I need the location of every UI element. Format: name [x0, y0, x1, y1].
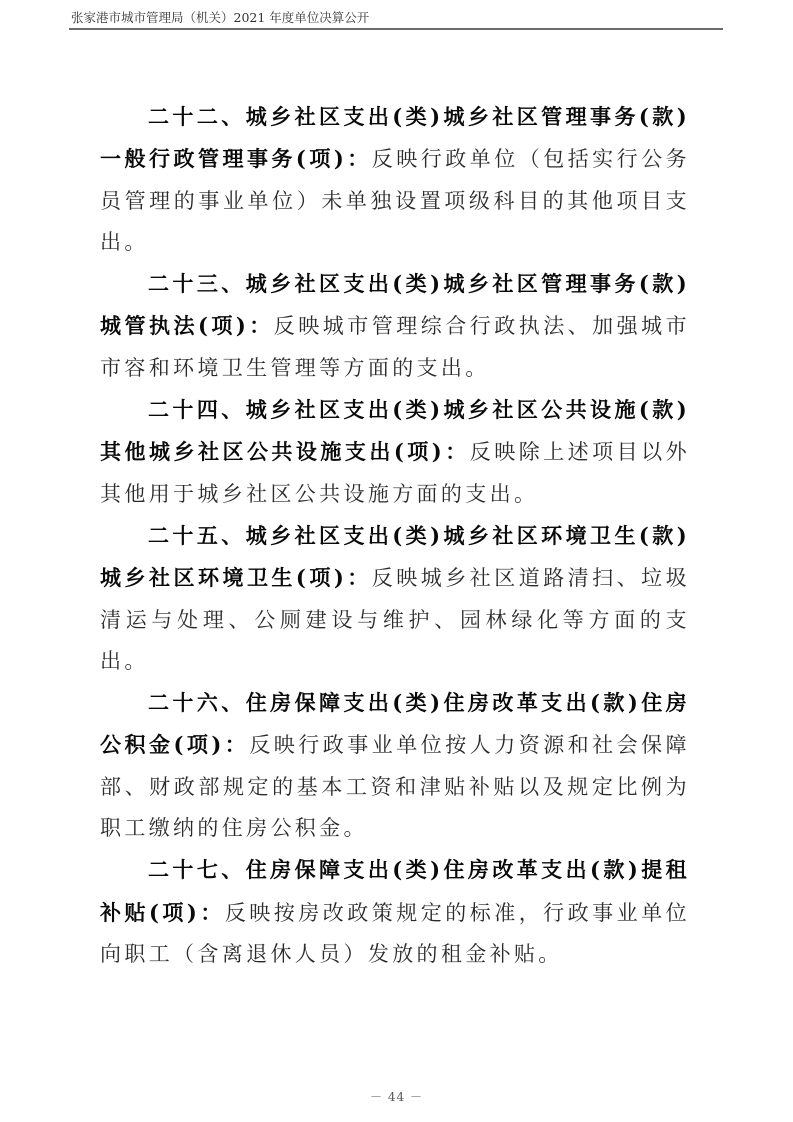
section-24: 二十四、城乡社区支出(类)城乡社区公共设施(款)其他城乡社区公共设施支出(项)：…	[100, 389, 690, 515]
section-23: 二十三、城乡社区支出(类)城乡社区管理事务(款)城管执法(项)：反映城市管理综合…	[100, 263, 690, 389]
section-22: 二十二、城乡社区支出(类)城乡社区管理事务(款)一般行政管理事务(项)：反映行政…	[100, 96, 690, 263]
section-27: 二十七、住房保障支出(类)住房改革支出(款)提租补贴(项)：反映按房改政策规定的…	[100, 849, 690, 975]
section-26: 二十六、住房保障支出(类)住房改革支出(款)住房公积金(项)：反映行政事业单位按…	[100, 682, 690, 849]
document-body: 二十二、城乡社区支出(类)城乡社区管理事务(款)一般行政管理事务(项)：反映行政…	[100, 96, 690, 975]
page-header: 张家港市城市管理局（机关）2021 年度单位决算公开	[69, 10, 723, 30]
page-number: － 44 －	[0, 1088, 793, 1105]
header-divider	[69, 28, 723, 30]
section-25: 二十五、城乡社区支出(类)城乡社区环境卫生(款)城乡社区环境卫生(项)：反映城乡…	[100, 515, 690, 682]
document-title: 张家港市城市管理局（机关）2021 年度单位决算公开	[69, 10, 723, 26]
